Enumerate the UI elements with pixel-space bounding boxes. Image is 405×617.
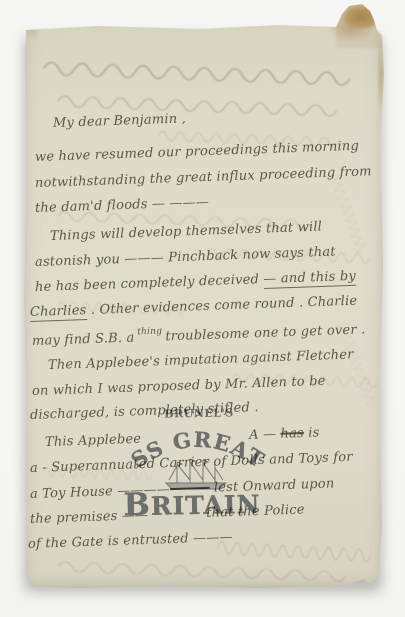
- stamp-brunels-label: BRUNEL'S: [164, 406, 234, 420]
- letter-paper: My dear Benjamin , we have resumed our p…: [18, 4, 388, 594]
- ss-great-britain-stamp: BRUNEL'S SS GREAT BRITAIN: [18, 4, 388, 594]
- stamp-britain-label: BRITAIN: [122, 485, 263, 523]
- scanned-letter-photo: My dear Benjamin , we have resumed our p…: [0, 0, 405, 617]
